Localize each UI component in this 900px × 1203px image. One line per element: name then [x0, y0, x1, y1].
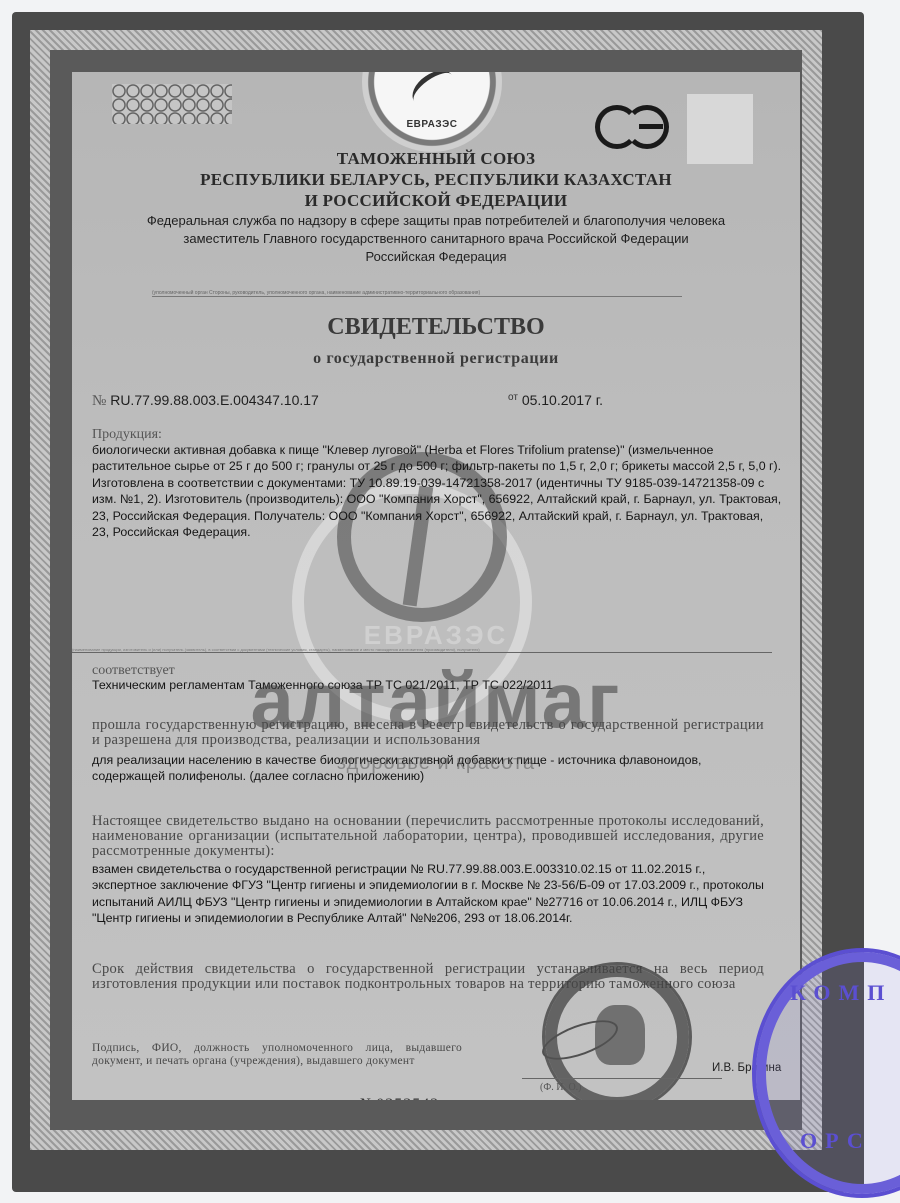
product-description: биологически активная добавка к пище "Кл…: [92, 442, 782, 540]
emblem-label: ЕВРАЗЭС: [406, 119, 457, 130]
signature-caption: Подпись, ФИО, должность уполномоченного …: [92, 1042, 462, 1068]
union-line-2: РЕСПУБЛИКИ БЕЛАРУСЬ, РЕСПУБЛИКИ КАЗАХСТА…: [72, 169, 800, 190]
registration-date-group: от 05.10.2017 г.: [508, 392, 603, 408]
emblem-swoosh-icon: [406, 72, 460, 113]
eurasec-emblem: ЕВРАЗЭС: [362, 72, 502, 152]
signature-line: [522, 1078, 722, 1079]
product-label: Продукция:: [92, 428, 782, 442]
document-subtitle: о государственной регистрации: [72, 350, 800, 368]
guilloche-pattern: [112, 84, 232, 124]
blank-serial-number: №0353542: [360, 1096, 439, 1100]
basis-details: взамен свидетельства о государственной р…: [92, 861, 764, 927]
document-title: СВИДЕТЕЛЬСТВО: [72, 314, 800, 341]
product-section: Продукция: биологически активная добавка…: [92, 428, 782, 540]
union-line-1: ТАМОЖЕННЫЙ СОЮЗ: [72, 148, 800, 169]
authority-caption: (уполномоченный орган Стороны, руководит…: [152, 290, 682, 297]
certificate-header: ТАМОЖЕННЫЙ СОЮЗ РЕСПУБЛИКИ БЕЛАРУСЬ, РЕС…: [72, 148, 800, 265]
product-divider-caption: (наименование продукции, изготовитель и …: [72, 647, 772, 653]
registration-date: 05.10.2017 г.: [522, 392, 603, 408]
registration-status-text: прошла государственную регистрацию, внес…: [92, 718, 764, 748]
company-seal-top-text: КОМП: [790, 980, 892, 1006]
agency-line-1: Федеральная служба по надзору в сфере за…: [72, 213, 800, 229]
registration-number: RU.77.99.88.003.Е.004347.10.17: [110, 392, 319, 408]
watermark-tagline-text: здоровье и красота: [72, 752, 800, 775]
registration-row: № RU.77.99.88.003.Е.004347.10.17 от 05.1…: [92, 392, 792, 410]
agency-line-3: Российская Федерация: [72, 249, 800, 265]
signature-hint: (Ф. И. О.): [540, 1082, 582, 1093]
registration-date-label: от: [508, 392, 518, 403]
certificate-paper: ЕВРАЗЭС ТАМОЖЕННЫЙ СОЮЗ РЕСПУБЛИКИ БЕЛАР…: [72, 72, 800, 1100]
agency-line-2: заместитель Главного государственного са…: [72, 231, 800, 247]
se-conformity-mark-icon: [595, 105, 671, 149]
registration-number-label: №: [92, 393, 106, 409]
basis-section: Настоящее свидетельство выдано на основа…: [92, 814, 764, 927]
signature-caption-section: Подпись, ФИО, должность уполномоченного …: [92, 1042, 462, 1068]
official-seal-icon: [542, 962, 692, 1100]
basis-text: Настоящее свидетельство выдано на основа…: [92, 814, 764, 859]
company-seal-bottom-text: ОРС: [800, 1128, 871, 1154]
union-line-3: И РОССИЙСКОЙ ФЕДЕРАЦИИ: [72, 190, 800, 211]
